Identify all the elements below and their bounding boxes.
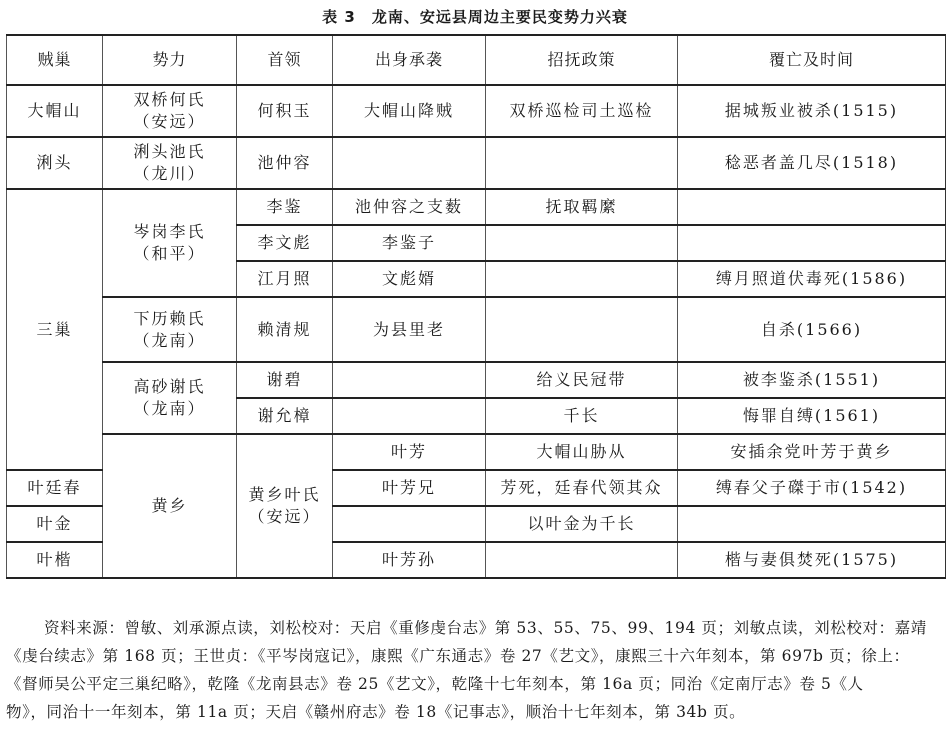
faction-cell: 浰头池氏 （龙川） [103, 137, 237, 189]
table-caption: 表 3 龙南、安远县周边主要民变势力兴衰 [0, 6, 950, 27]
nest-cell: 三巢 [7, 189, 103, 470]
policy-cell: 千长 [486, 398, 678, 434]
table-row: 高砂谢氏 （龙南） 谢碧 给义民冠带 被李鉴杀(1551) [7, 362, 946, 398]
source-note-line: 资料来源：曾敏、刘承源点读，刘松校对：天启《重修虔台志》第 53、55、75、9… [6, 614, 946, 642]
source-note-line: 物》，同治十一年刻本，第 11a 页；天启《赣州府志》卷 18《记事志》，顺治十… [6, 698, 946, 726]
policy-cell: 以叶金为千长 [486, 506, 678, 542]
fate-cell: 据城叛业被杀(1515) [678, 85, 946, 137]
faction-region: （和平） [107, 243, 232, 265]
header-fate: 覆亡及时间 [678, 35, 946, 85]
fate-cell: 自杀(1566) [678, 297, 946, 362]
faction-region: （龙川） [107, 163, 232, 185]
header-leader: 首领 [237, 35, 333, 85]
faction-name: 下历赖氏 [107, 308, 232, 330]
fate-cell: 被李鉴杀(1551) [678, 362, 946, 398]
leader-cell: 池仲容 [237, 137, 333, 189]
origin-cell: 李鉴子 [333, 225, 486, 261]
origin-cell: 池仲容之支薮 [333, 189, 486, 225]
faction-cell: 高砂谢氏 （龙南） [103, 362, 237, 434]
header-policy: 招抚政策 [486, 35, 678, 85]
faction-name: 高砂谢氏 [107, 376, 232, 398]
fate-cell: 缚春父子磔于市(1542) [678, 470, 946, 506]
leader-cell: 赖清规 [237, 297, 333, 362]
header-row: 贼巢 势力 首领 出身承袭 招抚政策 覆亡及时间 [7, 35, 946, 85]
nest-cell: 浰头 [7, 137, 103, 189]
fate-cell: 悔罪自缚(1561) [678, 398, 946, 434]
source-notes: 资料来源：曾敏、刘承源点读，刘松校对：天启《重修虔台志》第 53、55、75、9… [6, 614, 946, 726]
table-row: 黄乡 黄乡叶氏 （安远） 叶芳 大帽山胁从 安插余党叶芳于黄乡 [7, 434, 946, 470]
fate-cell [678, 189, 946, 225]
faction-cell: 下历赖氏 （龙南） [103, 297, 237, 362]
table-row: 三巢 岑岗李氏 （和平） 李鉴 池仲容之支薮 抚取羁縻 [7, 189, 946, 225]
leader-cell: 谢碧 [237, 362, 333, 398]
leader-cell: 李文彪 [237, 225, 333, 261]
policy-cell: 安插余党叶芳于黄乡 [678, 434, 946, 470]
faction-cell: 黄乡叶氏 （安远） [237, 434, 333, 578]
nest-cell: 黄乡 [103, 434, 237, 578]
policy-cell: 芳死，廷春代领其众 [486, 470, 678, 506]
leader-cell: 江月照 [237, 261, 333, 297]
source-note-line: 《虔台续志》第 168 页；王世贞：《平岑岗寇记》，康熙《广东通志》卷 27《艺… [6, 642, 946, 670]
policy-cell [486, 542, 678, 578]
faction-region: （龙南） [107, 330, 232, 352]
leader-cell: 谢允樟 [237, 398, 333, 434]
table-row: 浰头 浰头池氏 （龙川） 池仲容 稔恶者盖几尽(1518) [7, 137, 946, 189]
faction-name: 浰头池氏 [107, 141, 232, 163]
faction-cell: 双桥何氏 （安远） [103, 85, 237, 137]
fate-cell: 稔恶者盖几尽(1518) [678, 137, 946, 189]
origin-cell: 大帽山胁从 [486, 434, 678, 470]
faction-name: 岑岗李氏 [107, 221, 232, 243]
faction-name: 双桥何氏 [107, 89, 232, 111]
header-origin: 出身承袭 [333, 35, 486, 85]
origin-cell: 大帽山降贼 [333, 85, 486, 137]
faction-region: （安远） [241, 506, 328, 528]
faction-name: 黄乡叶氏 [241, 484, 328, 506]
fate-cell [678, 506, 946, 542]
policy-cell [486, 261, 678, 297]
policy-cell: 抚取羁縻 [486, 189, 678, 225]
faction-region: （安远） [107, 111, 232, 133]
origin-cell: 为县里老 [333, 297, 486, 362]
leader-cell: 叶金 [7, 506, 103, 542]
origin-cell [333, 506, 486, 542]
policy-cell: 给义民冠带 [486, 362, 678, 398]
header-faction: 势力 [103, 35, 237, 85]
leader-cell: 叶廷春 [7, 470, 103, 506]
nest-cell: 大帽山 [7, 85, 103, 137]
origin-cell: 叶芳孙 [333, 542, 486, 578]
leader-cell: 何积玉 [237, 85, 333, 137]
origin-cell [333, 398, 486, 434]
fate-cell: 缚月照道伏毒死(1586) [678, 261, 946, 297]
faction-region: （龙南） [107, 398, 232, 420]
origin-cell [333, 137, 486, 189]
origin-cell: 文彪婿 [333, 261, 486, 297]
policy-cell [486, 225, 678, 261]
policy-cell [486, 137, 678, 189]
leader-cell: 叶芳 [333, 434, 486, 470]
fate-cell [678, 225, 946, 261]
policy-cell: 双桥巡检司土巡检 [486, 85, 678, 137]
origin-cell: 叶芳兄 [333, 470, 486, 506]
faction-cell: 岑岗李氏 （和平） [103, 189, 237, 297]
fate-cell: 楷与妻俱焚死(1575) [678, 542, 946, 578]
table-row: 大帽山 双桥何氏 （安远） 何积玉 大帽山降贼 双桥巡检司土巡检 据城叛业被杀(… [7, 85, 946, 137]
source-note-line: 《督师吴公平定三巢纪略》，乾隆《龙南县志》卷 25《艺文》，乾隆十七年刻本，第 … [6, 670, 946, 698]
policy-cell [486, 297, 678, 362]
table-row: 下历赖氏 （龙南） 赖清规 为县里老 自杀(1566) [7, 297, 946, 362]
origin-cell [333, 362, 486, 398]
uprising-forces-table: 贼巢 势力 首领 出身承袭 招抚政策 覆亡及时间 大帽山 双桥何氏 （安远） 何… [6, 34, 946, 579]
leader-cell: 叶楷 [7, 542, 103, 578]
header-nest: 贼巢 [7, 35, 103, 85]
leader-cell: 李鉴 [237, 189, 333, 225]
